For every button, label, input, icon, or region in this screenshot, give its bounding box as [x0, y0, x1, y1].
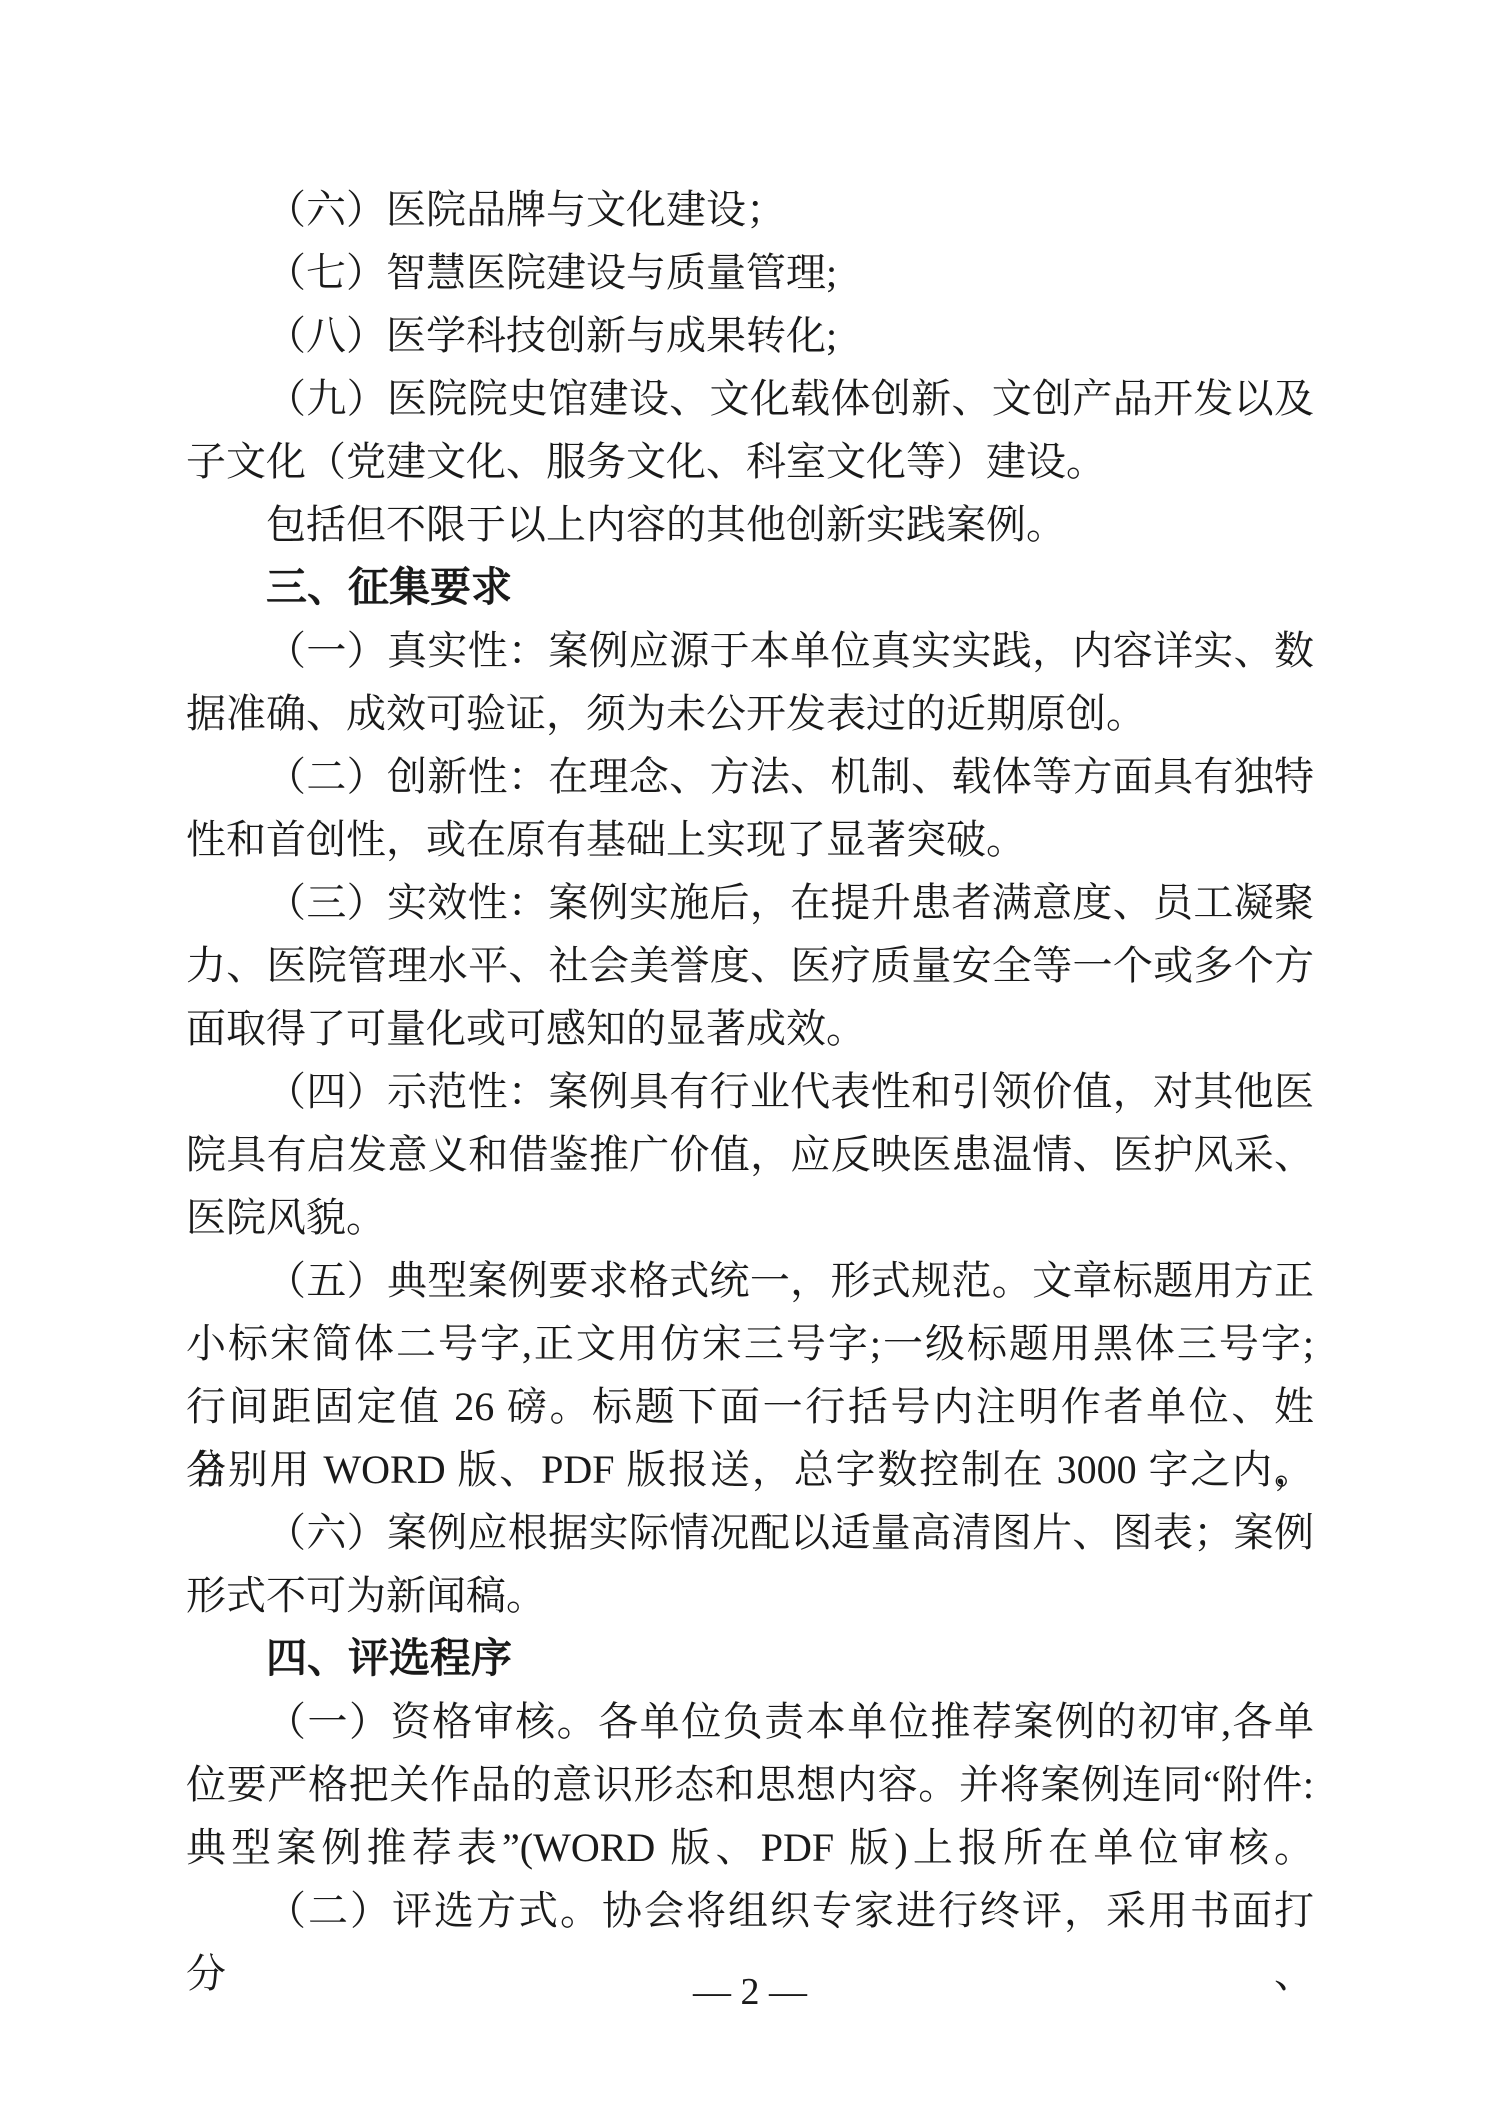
text-line: （八）医学科技创新与成果转化;: [186, 304, 1314, 367]
text-line: （一）资格审核。各单位负责本单位推荐案例的初审,各单: [186, 1690, 1314, 1753]
document-body: （六）医院品牌与文化建设；（七）智慧医院建设与质量管理;（八）医学科技创新与成果…: [186, 178, 1314, 1942]
text-line: （六）案例应根据实际情况配以适量高清图片、图表；案例: [186, 1501, 1314, 1564]
text-line: 小标宋简体二号字,正文用仿宋三号字;一级标题用黑体三号字;: [186, 1312, 1314, 1375]
text-line: （七）智慧医院建设与质量管理;: [186, 241, 1314, 304]
text-line: 行间距固定值 26 磅。标题下面一行括号内注明作者单位、姓名，: [186, 1375, 1314, 1438]
text-line: 医院风貌。: [186, 1186, 1314, 1249]
text-line: 典型案例推荐表”(WORD 版、PDF 版)上报所在单位审核。: [186, 1816, 1314, 1879]
section-heading-line: 三、征集要求: [186, 556, 1314, 619]
text-line: 子文化（党建文化、服务文化、科室文化等）建设。: [186, 430, 1314, 493]
text-line: （九）医院院史馆建设、文化载体创新、文创产品开发以及: [186, 367, 1314, 430]
text-line: 性和首创性，或在原有基础上实现了显著突破。: [186, 808, 1314, 871]
section-heading-line: 四、评选程序: [186, 1627, 1314, 1690]
text-line: （五）典型案例要求格式统一，形式规范。文章标题用方正: [186, 1249, 1314, 1312]
document-page: （六）医院品牌与文化建设；（七）智慧医院建设与质量管理;（八）医学科技创新与成果…: [0, 0, 1500, 2120]
text-line: 包括但不限于以上内容的其他创新实践案例。: [186, 493, 1314, 556]
text-line: （三）实效性：案例实施后，在提升患者满意度、员工凝聚: [186, 871, 1314, 934]
text-line: （二）创新性：在理念、方法、机制、载体等方面具有独特: [186, 745, 1314, 808]
text-line: 分别用 WORD 版、PDF 版报送，总字数控制在 3000 字之内。: [186, 1438, 1314, 1501]
text-line: 院具有启发意义和借鉴推广价值，应反映医患温情、医护风采、: [186, 1123, 1314, 1186]
text-line: 据准确、成效可验证，须为未公开发表过的近期原创。: [186, 682, 1314, 745]
text-line: （一）真实性：案例应源于本单位真实实践，内容详实、数: [186, 619, 1314, 682]
text-line: （二）评选方式。协会将组织专家进行终评，采用书面打分、: [186, 1879, 1314, 1942]
page-number: — 2 —: [0, 1964, 1500, 2020]
text-line: 面取得了可量化或可感知的显著成效。: [186, 997, 1314, 1060]
text-line: 位要严格把关作品的意识形态和思想内容。并将案例连同“附件:: [186, 1753, 1314, 1816]
text-line: （四）示范性：案例具有行业代表性和引领价值，对其他医: [186, 1060, 1314, 1123]
text-line: 形式不可为新闻稿。: [186, 1564, 1314, 1627]
text-line: （六）医院品牌与文化建设；: [186, 178, 1314, 241]
text-line: 力、医院管理水平、社会美誉度、医疗质量安全等一个或多个方: [186, 934, 1314, 997]
